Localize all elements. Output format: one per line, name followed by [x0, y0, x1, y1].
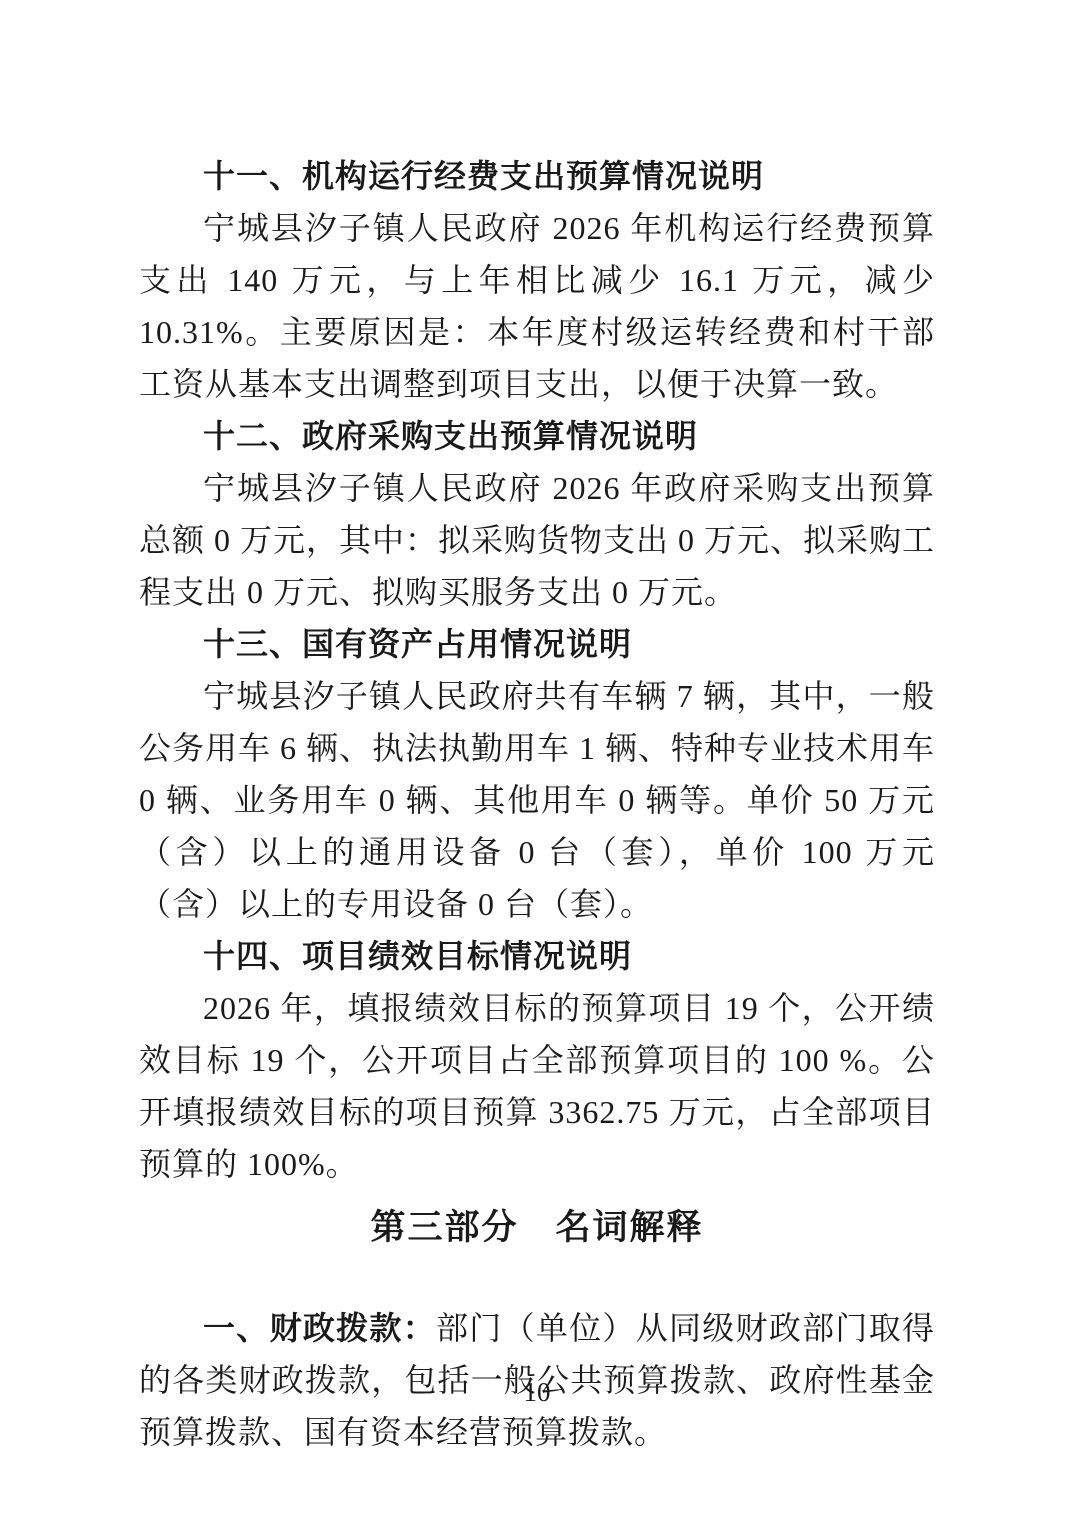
section-14-heading: 十四、项目绩效目标情况说明: [139, 930, 935, 982]
part-three-title: 第三部分 名词解释: [139, 1200, 935, 1256]
document-page: 十一、机构运行经费支出预算情况说明 宁城县汐子镇人民政府 2026 年机构运行经…: [0, 0, 1074, 1520]
section-12-gov-procurement: 十二、政府采购支出预算情况说明 宁城县汐子镇人民政府 2026 年政府采购支出预…: [139, 410, 935, 618]
definition-term: 一、财政拨款：: [203, 1310, 436, 1346]
section-11-body: 宁城县汐子镇人民政府 2026 年机构运行经费预算支出 140 万元，与上年相比…: [139, 202, 935, 410]
section-11-org-operating-expense: 十一、机构运行经费支出预算情况说明 宁城县汐子镇人民政府 2026 年机构运行经…: [139, 150, 935, 410]
section-11-heading: 十一、机构运行经费支出预算情况说明: [139, 150, 935, 202]
section-14-performance-targets: 十四、项目绩效目标情况说明 2026 年，填报绩效目标的预算项目 19 个，公开…: [139, 930, 935, 1190]
section-13-body: 宁城县汐子镇人民政府共有车辆 7 辆，其中，一般公务用车 6 辆、执法执勤用车 …: [139, 670, 935, 930]
section-13-heading: 十三、国有资产占用情况说明: [139, 618, 935, 670]
section-12-heading: 十二、政府采购支出预算情况说明: [139, 410, 935, 462]
section-13-state-assets: 十三、国有资产占用情况说明 宁城县汐子镇人民政府共有车辆 7 辆，其中，一般公务…: [139, 618, 935, 930]
section-12-body: 宁城县汐子镇人民政府 2026 年政府采购支出预算总额 0 万元，其中：拟采购货…: [139, 462, 935, 618]
section-14-body: 2026 年，填报绩效目标的预算项目 19 个，公开绩效目标 19 个，公开项目…: [139, 982, 935, 1190]
page-number: 10: [0, 1376, 1074, 1408]
